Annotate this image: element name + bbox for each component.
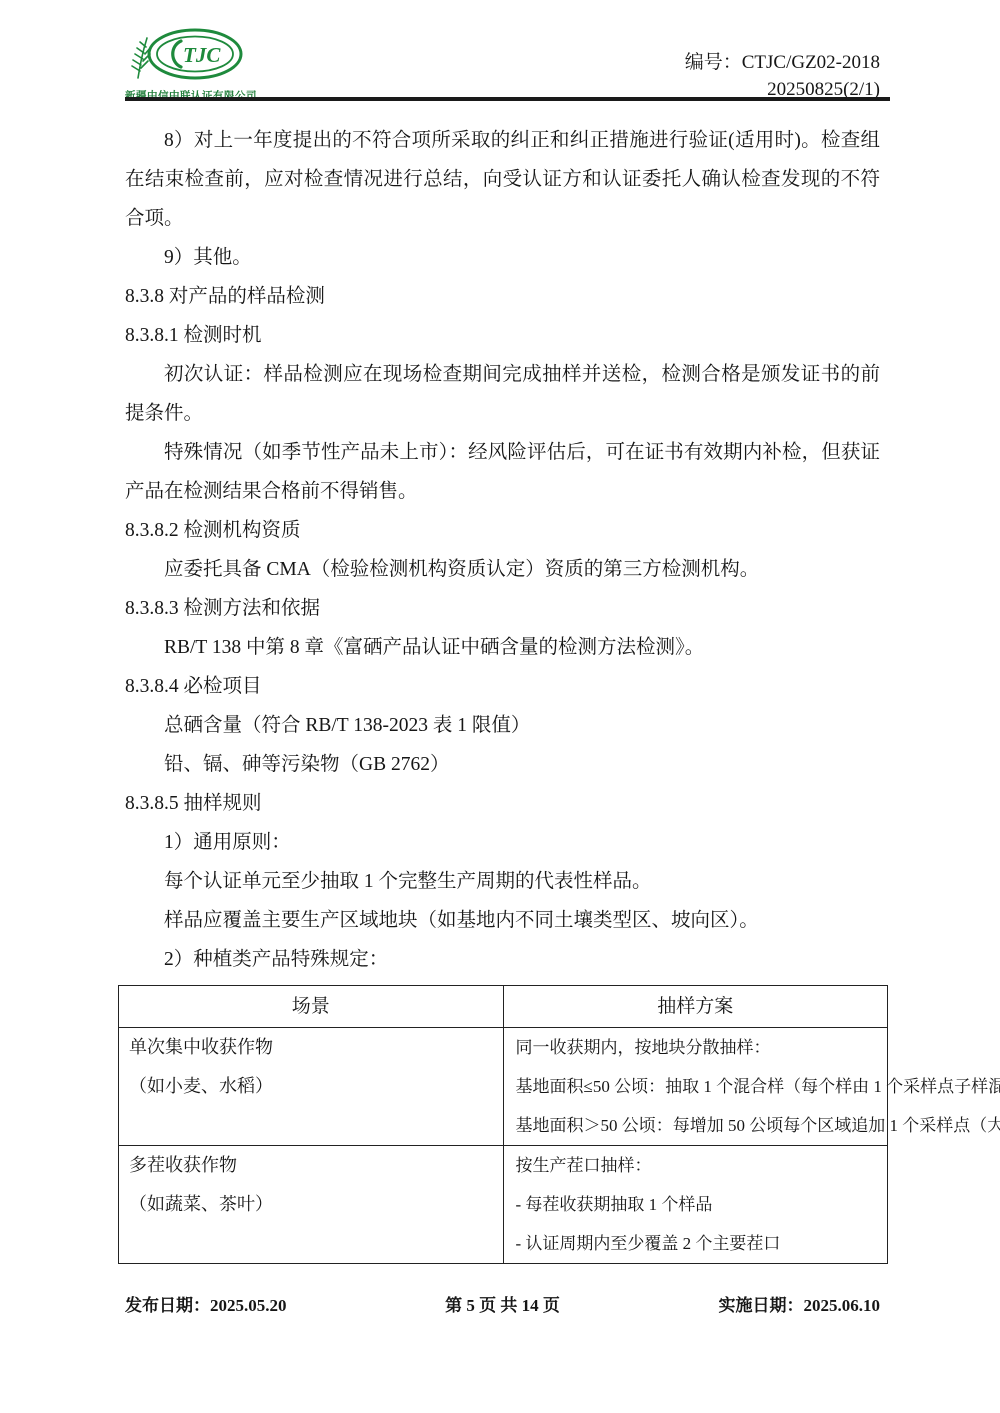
paragraph: 样品应覆盖主要生产区域地块（如基地内不同土壤类型区、坡向区）。: [125, 901, 880, 940]
scene-line: （如蔬菜、茶叶）: [129, 1185, 493, 1224]
table-row: 多茬收获作物 （如蔬菜、茶叶） 按生产茬口抽样： - 每茬收获期抽取 1 个样品…: [119, 1146, 888, 1264]
plan-line: 按生产茬口抽样：: [516, 1146, 876, 1185]
scene-line: 单次集中收获作物: [129, 1028, 493, 1067]
scene-cell: 多茬收获作物 （如蔬菜、茶叶）: [119, 1146, 504, 1264]
plan-line: 基地面积＞50 公顷：每增加 50 公顷每个区域追加 1 个采样点（大于 100…: [516, 1106, 876, 1145]
page-footer: 发布日期：2025.05.20 第 5 页 共 14 页 实施日期：2025.0…: [125, 1291, 880, 1316]
plan-line: - 每茬收获期抽取 1 个样品: [516, 1185, 876, 1224]
section-heading: 8.3.8.1 检测时机: [125, 316, 880, 355]
scene-cell: 单次集中收获作物 （如小麦、水稻）: [119, 1028, 504, 1146]
plan-line: - 认证周期内至少覆盖 2 个主要茬口: [516, 1224, 876, 1263]
paragraph: 每个认证单元至少抽取 1 个完整生产周期的代表性样品。: [125, 862, 880, 901]
page-number: 第 5 页 共 14 页: [445, 1291, 560, 1316]
paragraph: 1）通用原则：: [125, 823, 880, 862]
implementation-date: 实施日期：2025.06.10: [719, 1291, 881, 1316]
paragraph: 初次认证：样品检测应在现场检查期间完成抽样并送检，检测合格是颁发证书的前提条件。: [125, 355, 880, 433]
doc-number: 编号：CTJC/GZ02-2018: [685, 49, 880, 76]
plan-line: 基地面积≤50 公顷：抽取 1 个混合样（每个样由 1 个采样点子样混合）: [516, 1067, 876, 1106]
paragraph: RB/T 138 中第 8 章《富硒产品认证中硒含量的检测方法检测》。: [125, 628, 880, 667]
table-row: 单次集中收获作物 （如小麦、水稻） 同一收获期内，按地块分散抽样： 基地面积≤5…: [119, 1028, 888, 1146]
scene-line: （如小麦、水稻）: [129, 1067, 493, 1106]
paragraph: 8）对上一年度提出的不符合项所采取的纠正和纠正措施进行验证(适用时)。检查组在结…: [125, 121, 880, 238]
paragraph: 9）其他。: [125, 238, 880, 277]
section-heading: 8.3.8.4 必检项目: [125, 667, 880, 706]
plan-cell: 同一收获期内，按地块分散抽样： 基地面积≤50 公顷：抽取 1 个混合样（每个样…: [503, 1028, 888, 1146]
section-heading: 8.3.8.2 检测机构资质: [125, 511, 880, 550]
header-divider: [125, 97, 890, 101]
paragraph: 总硒含量（符合 RB/T 138-2023 表 1 限值）: [125, 706, 880, 745]
table-header-row: 场景 抽样方案: [119, 986, 888, 1028]
paragraph: 铅、镉、砷等污染物（GB 2762）: [125, 745, 880, 784]
doc-meta: 编号：CTJC/GZ02-2018 20250825(2/1): [685, 49, 880, 103]
sampling-table: 场景 抽样方案 单次集中收获作物 （如小麦、水稻） 同一收获期内，按地块分散抽样…: [118, 985, 888, 1264]
table-header-scene: 场景: [119, 986, 504, 1028]
release-date: 发布日期：2025.05.20: [125, 1291, 287, 1316]
document-body: 8）对上一年度提出的不符合项所采取的纠正和纠正措施进行验证(适用时)。检查组在结…: [125, 121, 880, 1264]
logo-letters: TJC: [183, 43, 221, 67]
section-heading: 8.3.8 对产品的样品检测: [125, 277, 880, 316]
scene-line: 多茬收获作物: [129, 1146, 493, 1185]
paragraph: 2）种植类产品特殊规定：: [125, 940, 880, 979]
document-page: TJC 新疆中信中联认证有限公司 编号：CTJC/GZ02-2018 20250…: [0, 0, 1000, 1413]
section-heading: 8.3.8.5 抽样规则: [125, 784, 880, 823]
plan-cell: 按生产茬口抽样： - 每茬收获期抽取 1 个样品 - 认证周期内至少覆盖 2 个…: [503, 1146, 888, 1264]
paragraph: 特殊情况（如季节性产品未上市）：经风险评估后，可在证书有效期内补检，但获证产品在…: [125, 433, 880, 511]
section-heading: 8.3.8.3 检测方法和依据: [125, 589, 880, 628]
table-header-plan: 抽样方案: [503, 986, 888, 1028]
paragraph: 应委托具备 CMA（检验检测机构资质认定）资质的第三方检测机构。: [125, 550, 880, 589]
ctjc-logo-icon: TJC: [125, 26, 250, 82]
logo-block: TJC 新疆中信中联认证有限公司: [125, 26, 255, 103]
plan-line: 同一收获期内，按地块分散抽样：: [516, 1028, 876, 1067]
